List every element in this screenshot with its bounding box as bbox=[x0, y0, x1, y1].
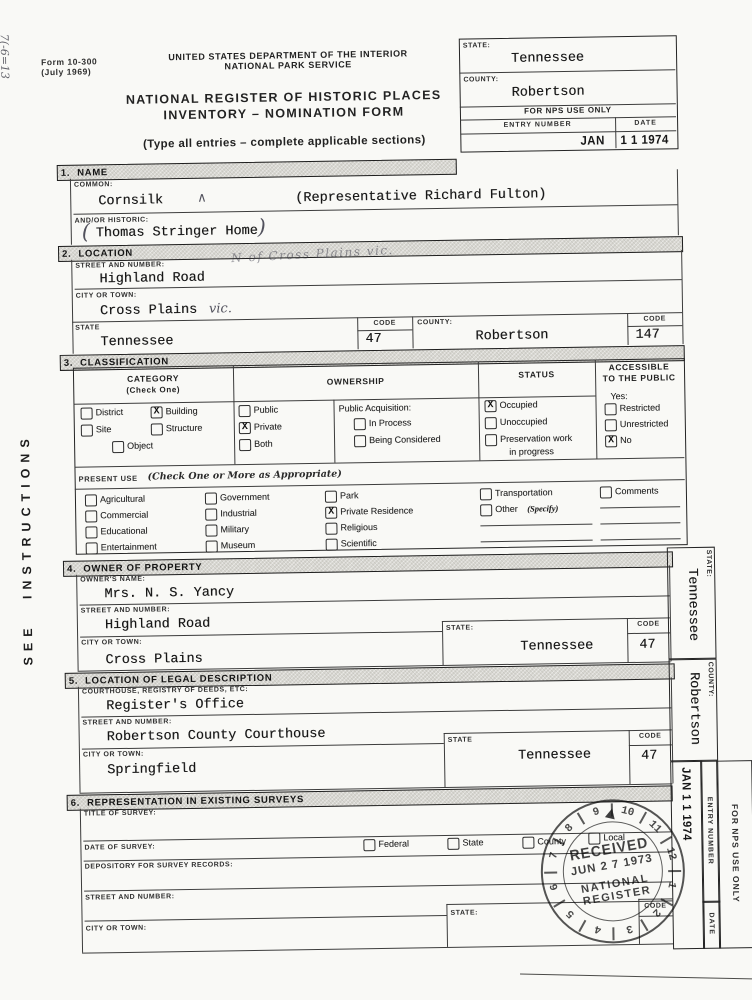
handwritten-paren-close: ) bbox=[258, 215, 267, 239]
checkbox-site-label: Site bbox=[96, 425, 112, 435]
rule bbox=[71, 260, 74, 354]
checkbox-both[interactable] bbox=[239, 439, 251, 451]
side-state-rotated: STATE: Tennessee bbox=[668, 548, 716, 659]
checkbox-industrial[interactable] bbox=[205, 508, 217, 520]
rule bbox=[629, 744, 672, 746]
checkbox-public-label: Public bbox=[254, 406, 279, 416]
checkbox-state[interactable] bbox=[447, 838, 459, 850]
type-instruction: (Type all entries – complete applicable … bbox=[104, 134, 464, 152]
see-instructions-label: SEE INSTRUCTIONS bbox=[18, 433, 36, 665]
owner-city-value: Cross Plains bbox=[105, 653, 202, 669]
state-value: Tennessee bbox=[511, 52, 584, 68]
checkbox-structure-label: Structure bbox=[166, 424, 203, 434]
side-state-label: STATE: bbox=[704, 550, 712, 578]
checkbox-district-label: District bbox=[96, 408, 124, 418]
checkbox-other-label: Other bbox=[495, 505, 518, 515]
rule bbox=[442, 621, 444, 665]
checkbox-mark bbox=[481, 488, 491, 498]
section-number: 6. bbox=[71, 797, 80, 808]
legal-street-label: STREET AND NUMBER: bbox=[82, 718, 171, 727]
checkbox-agricultural-label: Agricultural bbox=[100, 495, 145, 506]
checkbox-occupied[interactable]: X bbox=[484, 400, 496, 412]
side-county-label: COUNTY: bbox=[706, 662, 715, 697]
owner-code-label: CODE bbox=[627, 620, 670, 629]
rule bbox=[444, 733, 446, 787]
county-value: Robertson bbox=[512, 86, 585, 102]
checkbox-private[interactable]: X bbox=[239, 422, 251, 434]
survey-street-label: STREET AND NUMBER: bbox=[85, 893, 174, 902]
county-value: Robertson bbox=[475, 329, 548, 345]
checkbox-private-label: Private bbox=[254, 422, 282, 432]
checkbox-unrestricted[interactable] bbox=[605, 419, 617, 431]
accessible-header-2: TO THE PUBLIC bbox=[595, 373, 683, 384]
legal-city-value: Springfield bbox=[107, 763, 196, 779]
checkbox-government-label: Government bbox=[220, 493, 270, 504]
legal-code-value: 47 bbox=[641, 750, 657, 765]
courthouse-label: COURTHOUSE, REGISTRY OF DEEDS, ETC: bbox=[82, 686, 248, 697]
state-code-label: CODE bbox=[357, 319, 412, 328]
side-nps-only-label: FOR NPS USE ONLY bbox=[728, 764, 741, 942]
street-label: STREET AND NUMBER: bbox=[75, 261, 164, 270]
checkbox-entertainment[interactable] bbox=[86, 542, 98, 554]
rule bbox=[70, 179, 72, 245]
side-date-label: DATE bbox=[706, 903, 715, 945]
owner-city-label: CITY OR TOWN: bbox=[81, 639, 142, 648]
section-number: 3. bbox=[64, 357, 73, 368]
side-nps-only-wrap: FOR NPS USE ONLY bbox=[716, 764, 752, 943]
section-title: REPRESENTATION IN EXISTING SURVEYS bbox=[87, 794, 304, 808]
county-label: COUNTY: bbox=[417, 319, 452, 328]
checkbox-scientific[interactable] bbox=[326, 539, 338, 551]
section-title: LOCATION OF LEGAL DESCRIPTION bbox=[85, 672, 272, 686]
checkbox-site[interactable] bbox=[81, 424, 93, 436]
owner-state-value: Tennessee bbox=[520, 640, 593, 656]
checkbox-government[interactable] bbox=[205, 492, 217, 504]
checkbox-mark bbox=[113, 440, 123, 450]
form-edition: (July 1969) bbox=[41, 67, 91, 78]
received-stamp: 1 2 3 4 5 6 7 8 9 10 11 12 RECEIVED JUN … bbox=[540, 798, 686, 944]
state-code-value: 47 bbox=[365, 333, 381, 348]
checkbox-object[interactable] bbox=[112, 441, 124, 453]
checkbox-mark bbox=[606, 403, 616, 413]
checkbox-mark bbox=[481, 504, 491, 514]
checkbox-occupied-label: Occupied bbox=[499, 400, 537, 410]
checkbox-mark bbox=[364, 839, 374, 849]
side-state-value: Tennessee bbox=[683, 568, 699, 641]
checkbox-building-label: Building bbox=[166, 407, 198, 417]
checkbox-mark bbox=[206, 492, 216, 502]
checkbox-in-process[interactable] bbox=[354, 418, 366, 430]
checkbox-mark: X bbox=[485, 400, 495, 410]
checkbox-commercial-label: Commercial bbox=[100, 511, 148, 522]
checkbox-mark bbox=[86, 494, 96, 504]
legal-street-value: Robertson County Courthouse bbox=[107, 728, 326, 746]
survey-city-label: CITY OR TOWN: bbox=[86, 925, 147, 934]
checkbox-public[interactable] bbox=[238, 405, 250, 417]
county-code-value: 147 bbox=[635, 329, 660, 344]
checkbox-structure[interactable] bbox=[151, 423, 163, 435]
checkbox-mark bbox=[87, 542, 97, 552]
state-value: Tennessee bbox=[100, 335, 173, 351]
checkbox-district[interactable] bbox=[81, 407, 93, 419]
rule bbox=[677, 169, 679, 235]
date-stamp-day-year: 1 1 1974 bbox=[620, 132, 669, 147]
checkbox-preservation-label-2: in progress bbox=[509, 447, 554, 458]
rule bbox=[76, 575, 79, 671]
side-state-cell: STATE: Tennessee bbox=[667, 547, 717, 660]
checkbox-being-considered[interactable] bbox=[354, 435, 366, 447]
see-instructions-wrap: SEE INSTRUCTIONS bbox=[12, 371, 43, 665]
survey-date-label: DATE OF SURVEY: bbox=[84, 844, 155, 853]
checkbox-private-residence-label: Private Residence bbox=[340, 506, 413, 517]
handwritten-paren-open: ( bbox=[82, 219, 91, 243]
margin-handwriting-rotated: 7(-6=13 bbox=[0, 32, 14, 112]
section-title: LOCATION bbox=[78, 247, 133, 259]
other-specify-note: (Specify) bbox=[527, 504, 558, 514]
handwritten-vicinity: vic. bbox=[209, 301, 232, 316]
city-label: CITY OR TOWN: bbox=[76, 292, 137, 301]
survey-state-label: STATE: bbox=[450, 909, 478, 917]
checkbox-federal-label: Federal bbox=[378, 840, 409, 850]
status-header: STATUS bbox=[478, 370, 595, 381]
present-use-label: PRESENT USE bbox=[79, 475, 138, 485]
owner-name-label: OWNER'S NAME: bbox=[80, 576, 145, 585]
checkbox-unoccupied-label: Unoccupied bbox=[500, 417, 548, 428]
checkbox-restricted[interactable] bbox=[605, 403, 617, 415]
see-instructions-rotated: SEE INSTRUCTIONS bbox=[12, 371, 43, 665]
checkbox-mark bbox=[326, 490, 336, 500]
checkbox-entertainment-label: Entertainment bbox=[101, 542, 157, 553]
section-number: 2. bbox=[62, 248, 71, 259]
checkbox-state-label: State bbox=[462, 838, 483, 848]
checkbox-no-label: No bbox=[620, 436, 632, 446]
state-label: STATE: bbox=[463, 42, 491, 50]
common-name-paren: (Representative Richard Fulton) bbox=[295, 188, 546, 207]
legal-state-label: STATE bbox=[448, 737, 473, 745]
checkbox-mark: X bbox=[606, 435, 616, 445]
section-number: 1. bbox=[61, 167, 70, 178]
rule bbox=[681, 250, 684, 344]
checkbox-object-label: Object bbox=[127, 441, 153, 451]
side-county-value: Robertson bbox=[685, 672, 701, 745]
checkbox-mark bbox=[327, 538, 337, 548]
checkbox-mark: X bbox=[151, 406, 161, 416]
checkbox-mark bbox=[326, 522, 336, 532]
checkbox-mark bbox=[523, 836, 533, 846]
checkbox-preservation-work[interactable] bbox=[485, 434, 497, 446]
legal-code-label: CODE bbox=[629, 732, 672, 741]
checkbox-restricted-label: Restricted bbox=[620, 404, 661, 415]
checkbox-mark bbox=[448, 837, 458, 847]
owner-street-value: Highland Road bbox=[105, 618, 211, 634]
owner-name-value: Mrs. N. S. Yancy bbox=[104, 586, 234, 603]
checkbox-religious-label: Religious bbox=[340, 523, 377, 533]
common-name-label: COMMON: bbox=[74, 181, 113, 190]
side-county-cell: COUNTY: Robertson bbox=[669, 659, 719, 762]
section-4-bar: 4.OWNER OF PROPERTY bbox=[63, 551, 673, 577]
checkbox-mark bbox=[86, 510, 96, 520]
checkbox-transportation-label: Transportation bbox=[495, 488, 553, 499]
checkbox-commercial[interactable] bbox=[85, 510, 97, 522]
side-county-rotated: COUNTY: Robertson bbox=[670, 660, 718, 761]
checkbox-other[interactable] bbox=[480, 504, 492, 516]
checkbox-federal[interactable] bbox=[363, 839, 375, 851]
section-title: OWNER OF PROPERTY bbox=[83, 561, 202, 574]
survey-title-label: TITLE OF SURVEY: bbox=[84, 809, 156, 818]
checkbox-comments[interactable] bbox=[600, 486, 612, 498]
received-stamp-text: RECEIVED JUN 2 7 1973 NATIONAL REGISTER bbox=[532, 790, 694, 952]
courthouse-value: Register's Office bbox=[106, 698, 244, 715]
section-number: 5. bbox=[69, 675, 78, 686]
historic-name-value: Thomas Stringer Home bbox=[96, 225, 258, 242]
checkbox-mark bbox=[486, 417, 496, 427]
checkbox-mark bbox=[601, 486, 611, 496]
rule bbox=[80, 809, 83, 953]
side-datelabel-rotated: DATE bbox=[702, 903, 719, 945]
rule bbox=[85, 915, 447, 922]
legal-city-label: CITY OR TOWN: bbox=[83, 751, 144, 760]
owner-street-label: STREET AND NUMBER: bbox=[81, 606, 170, 615]
side-date-stamp: JAN 1 1 1974 bbox=[679, 767, 694, 841]
county-code-label: CODE bbox=[627, 315, 682, 324]
checkbox-agricultural[interactable] bbox=[85, 494, 97, 506]
checkbox-mark bbox=[206, 508, 216, 518]
checkbox-industrial-label: Industrial bbox=[220, 509, 257, 519]
rule bbox=[412, 316, 414, 348]
owner-state-label: STATE: bbox=[446, 624, 474, 632]
checkbox-no[interactable]: X bbox=[605, 435, 617, 447]
checkbox-transportation[interactable] bbox=[480, 488, 492, 500]
checkbox-preservation-label: Preservation work bbox=[500, 434, 572, 445]
checkbox-being-considered-label: Being Considered bbox=[369, 435, 441, 446]
checkbox-mark bbox=[152, 423, 162, 433]
section-number: 4. bbox=[67, 563, 76, 574]
accessible-header-1: ACCESSIBLE bbox=[595, 362, 683, 373]
margin-handwriting-wrap: 7(-6=13 bbox=[0, 32, 14, 112]
date-label: DATE bbox=[615, 119, 676, 128]
checkbox-mark bbox=[240, 438, 250, 448]
checkbox-museum[interactable] bbox=[206, 540, 218, 552]
checkbox-museum-label: Museum bbox=[221, 541, 256, 551]
checkbox-mark bbox=[206, 524, 216, 534]
owner-code-value: 47 bbox=[639, 639, 655, 654]
county-label: COUNTY: bbox=[463, 76, 498, 85]
scanned-form-sheet: Form 10-300 (July 1969) UNITED STATES DE… bbox=[0, 0, 752, 1000]
handwritten-caret: ∧ bbox=[197, 191, 207, 206]
city-value: Cross Plains bbox=[100, 304, 197, 320]
legal-state-value: Tennessee bbox=[518, 749, 591, 765]
section-title: NAME bbox=[77, 167, 108, 178]
checkbox-educational[interactable] bbox=[85, 526, 97, 538]
checkbox-mark bbox=[486, 434, 496, 444]
checkbox-mark: X bbox=[326, 506, 336, 516]
checkbox-unoccupied[interactable] bbox=[485, 417, 497, 429]
depository-label: DEPOSITORY FOR SURVEY RECORDS: bbox=[85, 861, 233, 871]
checkbox-unrestricted-label: Unrestricted bbox=[620, 419, 669, 430]
checkbox-in-process-label: In Process bbox=[369, 418, 412, 429]
handwritten-margin-note: 7(-6=13 bbox=[0, 34, 11, 79]
checkbox-comments-label: Comments bbox=[615, 487, 659, 498]
side-entry-label: ENTRY NUMBER bbox=[704, 763, 714, 899]
checkbox-mark bbox=[239, 404, 249, 414]
checkbox-park[interactable] bbox=[325, 491, 337, 503]
checkbox-educational-label: Educational bbox=[100, 527, 147, 538]
checkbox-mark bbox=[207, 540, 217, 550]
checkbox-mark bbox=[355, 418, 365, 428]
checkbox-mark bbox=[86, 526, 96, 536]
common-name-value: Cornsilk bbox=[98, 194, 163, 210]
checkbox-both-label: Both bbox=[254, 440, 273, 450]
side-nps-rotated: FOR NPS USE ONLY bbox=[716, 764, 752, 943]
accessible-yes-label: Yes: bbox=[610, 392, 627, 402]
checkbox-military-label: Military bbox=[220, 525, 249, 535]
checkbox-private-residence[interactable]: X bbox=[325, 507, 337, 519]
side-date-label-wrap: DATE bbox=[702, 903, 719, 945]
checkbox-county[interactable] bbox=[522, 837, 534, 849]
rule bbox=[627, 632, 670, 634]
state-label: STATE bbox=[75, 324, 100, 332]
checkbox-religious[interactable] bbox=[325, 523, 337, 535]
section-1-bar: 1.NAME bbox=[57, 159, 457, 181]
checkbox-mark bbox=[606, 419, 616, 429]
checkbox-building[interactable]: X bbox=[151, 406, 163, 418]
checkbox-mark bbox=[82, 424, 92, 434]
checkbox-military[interactable] bbox=[205, 524, 217, 536]
rule bbox=[446, 904, 448, 947]
checkbox-mark: X bbox=[240, 421, 250, 431]
checkbox-mark bbox=[355, 435, 365, 445]
rule bbox=[78, 687, 81, 793]
date-stamp-month: JAN bbox=[580, 133, 605, 147]
public-acquisition-label: Public Acquisition: bbox=[338, 403, 411, 414]
checkbox-mark bbox=[82, 407, 92, 417]
checkbox-park-label: Park bbox=[340, 491, 359, 501]
rule bbox=[357, 329, 412, 331]
doc-title-2: INVENTORY – NOMINATION FORM bbox=[89, 104, 479, 124]
checkbox-scientific-label: Scientific bbox=[341, 539, 377, 549]
street-value: Highland Road bbox=[99, 272, 205, 288]
